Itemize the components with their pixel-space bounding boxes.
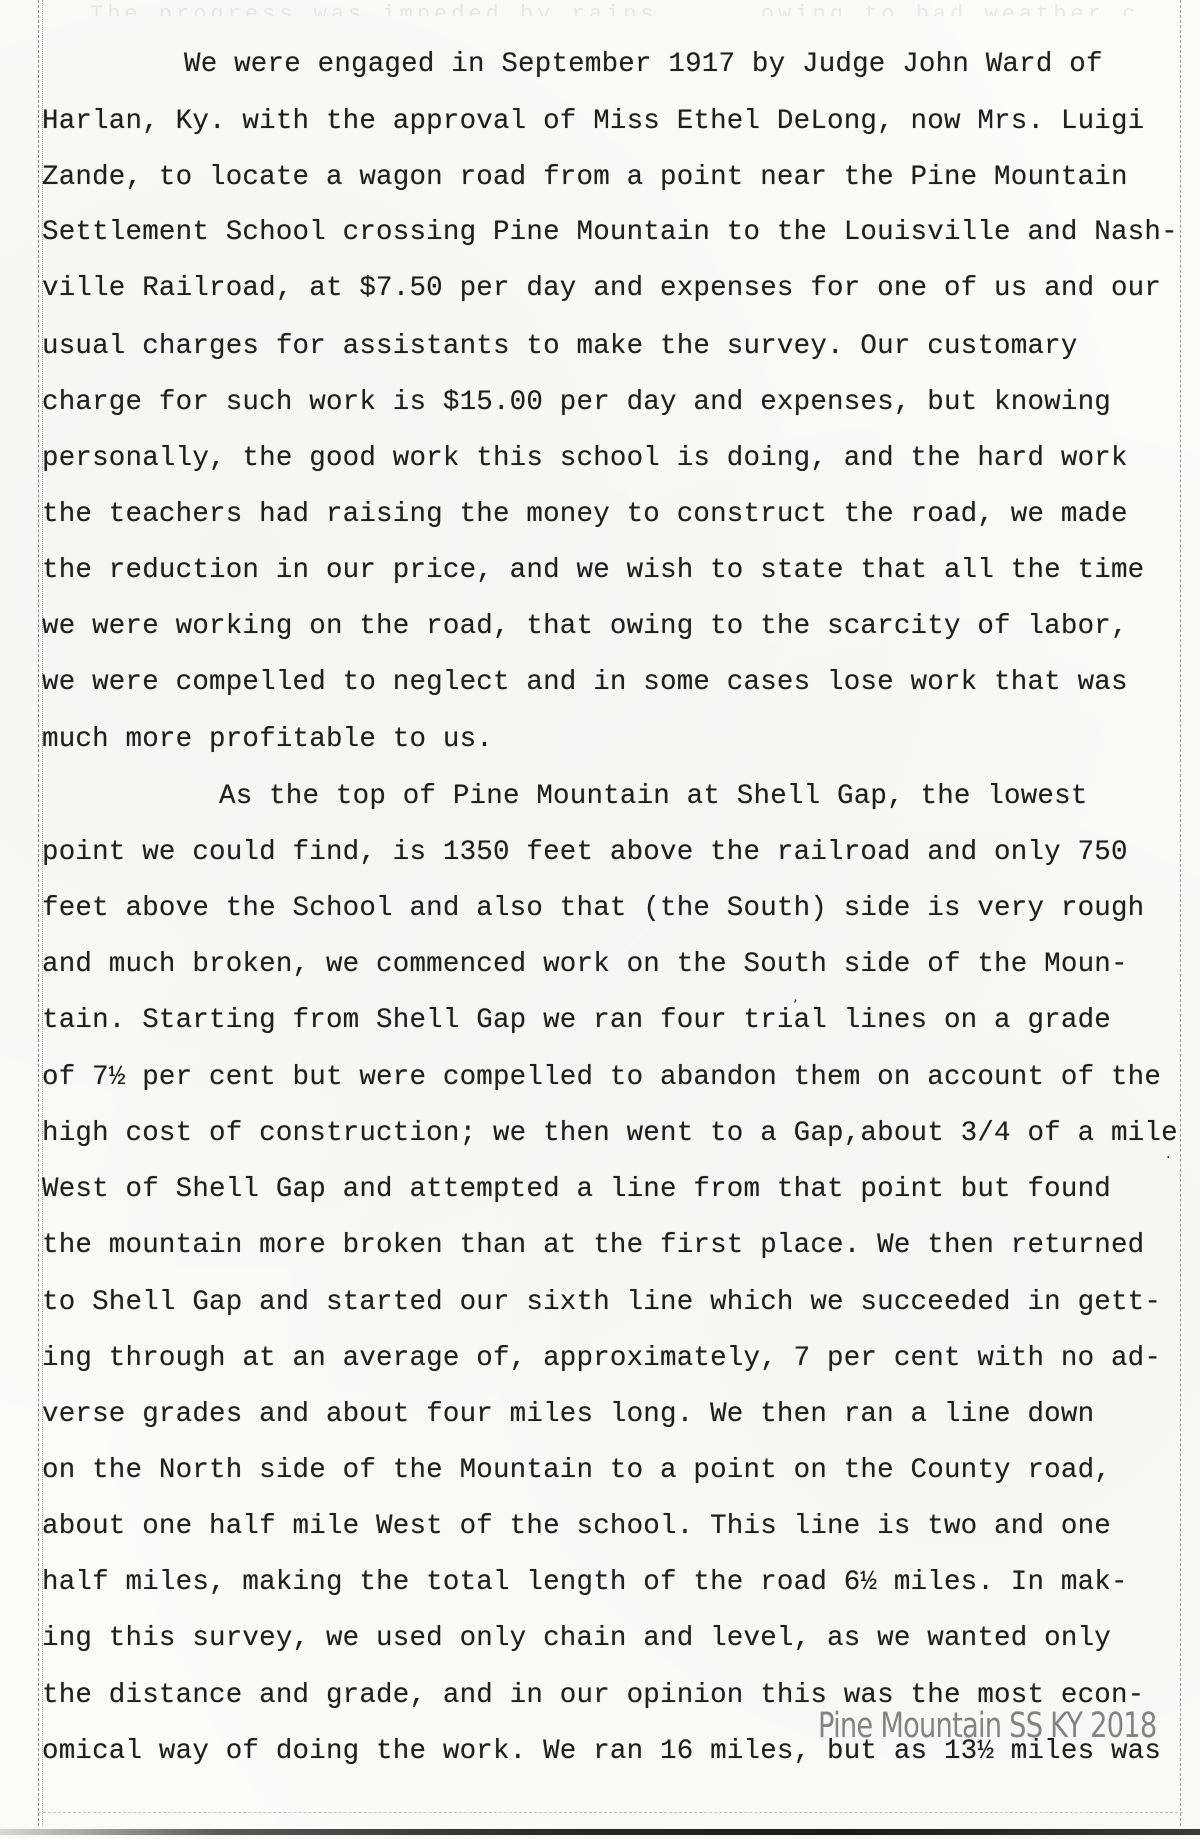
handwritten-correction-mark: ’ bbox=[793, 998, 797, 1014]
text-line: about one half mile West of the school. … bbox=[42, 1512, 1111, 1542]
right-margin-rule bbox=[1180, 0, 1182, 1826]
watermark: Pine Mountain SS KY 2018 bbox=[818, 1706, 1156, 1746]
text-line: half miles, making the total length of t… bbox=[42, 1568, 1128, 1598]
scan-bottom-edge bbox=[0, 1829, 1200, 1835]
text-line: We were engaged in September 1917 by Jud… bbox=[184, 50, 1103, 80]
text-line: we were working on the road, that owing … bbox=[42, 612, 1128, 642]
text-line: ing this survey, we used only chain and … bbox=[42, 1624, 1111, 1654]
text-line: the teachers had raising the money to co… bbox=[42, 500, 1128, 530]
text-line: and much broken, we commenced work on th… bbox=[42, 950, 1128, 980]
text-line: Harlan, Ky. with the approval of Miss Et… bbox=[42, 107, 1144, 137]
scanned-document-page: The progress was impeded by rains, ... o… bbox=[0, 0, 1200, 1839]
text-line: ing through at an average of, approximat… bbox=[42, 1344, 1161, 1374]
text-line: ville Railroad, at $7.50 per day and exp… bbox=[42, 274, 1161, 304]
text-line: point we could find, is 1350 feet above … bbox=[42, 838, 1128, 868]
text-line: high cost of construction; we then went … bbox=[42, 1119, 1178, 1149]
text-line: the reduction in our price, and we wish … bbox=[42, 556, 1144, 586]
bottom-page-rule bbox=[38, 1812, 1183, 1814]
text-line: usual charges for assistants to make the… bbox=[42, 332, 1078, 362]
text-line: the mountain more broken than at the fir… bbox=[42, 1231, 1144, 1261]
bleed-through-text: The progress was impeded by rains, ... o… bbox=[90, 2, 1140, 16]
text-line: we were compelled to neglect and in some… bbox=[42, 668, 1128, 698]
text-line: West of Shell Gap and attempted a line f… bbox=[42, 1175, 1111, 1205]
text-line: much more profitable to us. bbox=[42, 725, 493, 755]
text-line: feet above the School and also that (the… bbox=[42, 894, 1144, 924]
text-line: charge for such work is $15.00 per day a… bbox=[42, 388, 1111, 418]
text-line: of 7½ per cent but were compelled to aba… bbox=[42, 1063, 1161, 1093]
text-line: verse grades and about four miles long. … bbox=[42, 1400, 1094, 1430]
text-line: Settlement School crossing Pine Mountain… bbox=[42, 218, 1178, 248]
text-line: Zande, to locate a wagon road from a poi… bbox=[42, 163, 1128, 193]
text-line: on the North side of the Mountain to a p… bbox=[42, 1456, 1111, 1486]
text-line: to Shell Gap and started our sixth line … bbox=[42, 1288, 1161, 1318]
text-line: tain. Starting from Shell Gap we ran fou… bbox=[42, 1006, 1111, 1036]
text-line: As the top of Pine Mountain at Shell Gap… bbox=[219, 782, 1088, 812]
stray-mark: · bbox=[1166, 1150, 1170, 1166]
text-line: personally, the good work this school is… bbox=[42, 444, 1128, 474]
